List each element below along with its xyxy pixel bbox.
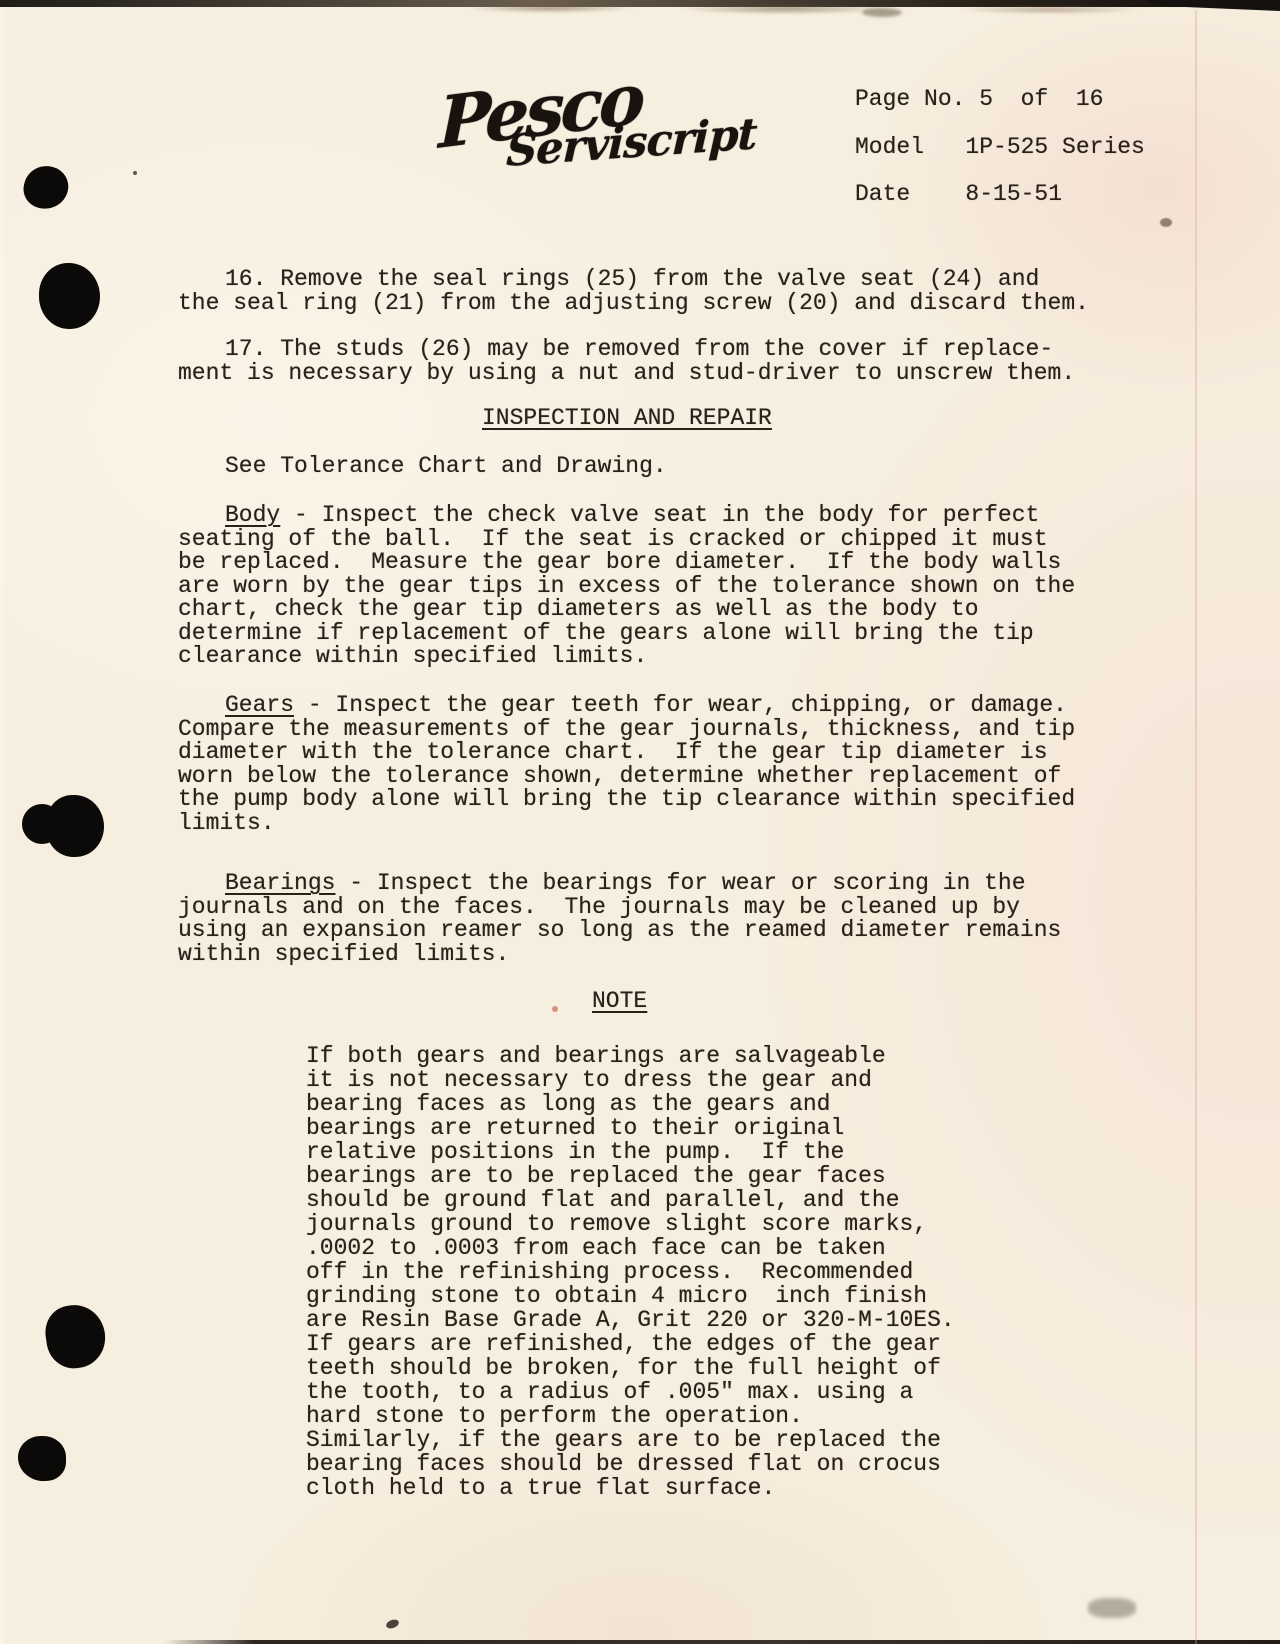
body-section-text: - Inspect the check valve seat in the bo… bbox=[178, 502, 1075, 669]
smudge-stain bbox=[862, 8, 902, 17]
hole-punch-mark bbox=[39, 263, 100, 329]
bearings-section: Bearings - Inspect the bearings for wear… bbox=[178, 872, 1061, 966]
body-section: Body - Inspect the check valve seat in t… bbox=[178, 504, 1075, 669]
ink-speck bbox=[1160, 218, 1172, 227]
gears-section: Gears - Inspect the gear teeth for wear,… bbox=[178, 694, 1075, 835]
hole-punch-mark bbox=[19, 161, 72, 213]
red-dot-mark bbox=[552, 1006, 558, 1012]
gears-section-lead: Gears bbox=[225, 692, 294, 718]
scan-top-grunge bbox=[410, 4, 1190, 18]
scan-bottom-edge bbox=[165, 1640, 1280, 1644]
scanned-document-page: Pesco Serviscript Page No. 5 of 16 Model… bbox=[0, 0, 1280, 1644]
body-section-lead: Body bbox=[225, 502, 280, 528]
paper-crease-line bbox=[1195, 10, 1197, 1644]
bearings-section-lead: Bearings bbox=[225, 870, 335, 896]
hole-punch-mark bbox=[46, 795, 104, 857]
page-number-line: Page No. 5 of 16 bbox=[855, 88, 1103, 112]
note-heading: NOTE bbox=[592, 990, 647, 1014]
inspection-and-repair-heading: INSPECTION AND REPAIR bbox=[482, 407, 772, 431]
ink-speck bbox=[385, 1618, 400, 1630]
paragraph-17: 17. The studs (26) may be removed from t… bbox=[178, 338, 1075, 385]
see-tolerance-line: See Tolerance Chart and Drawing. bbox=[178, 455, 667, 479]
model-line: Model 1P-525 Series bbox=[855, 136, 1145, 160]
date-line: Date 8-15-51 bbox=[855, 183, 1062, 207]
gears-section-text: - Inspect the gear teeth for wear, chipp… bbox=[178, 692, 1075, 836]
smudge-stain bbox=[1088, 1598, 1136, 1618]
note-body: If both gears and bearings are salvageab… bbox=[306, 1044, 955, 1500]
ink-speck bbox=[133, 171, 137, 175]
hole-punch-mark bbox=[18, 1436, 66, 1481]
hole-punch-mark bbox=[42, 1301, 109, 1372]
paragraph-16: 16. Remove the seal rings (25) from the … bbox=[178, 268, 1089, 315]
